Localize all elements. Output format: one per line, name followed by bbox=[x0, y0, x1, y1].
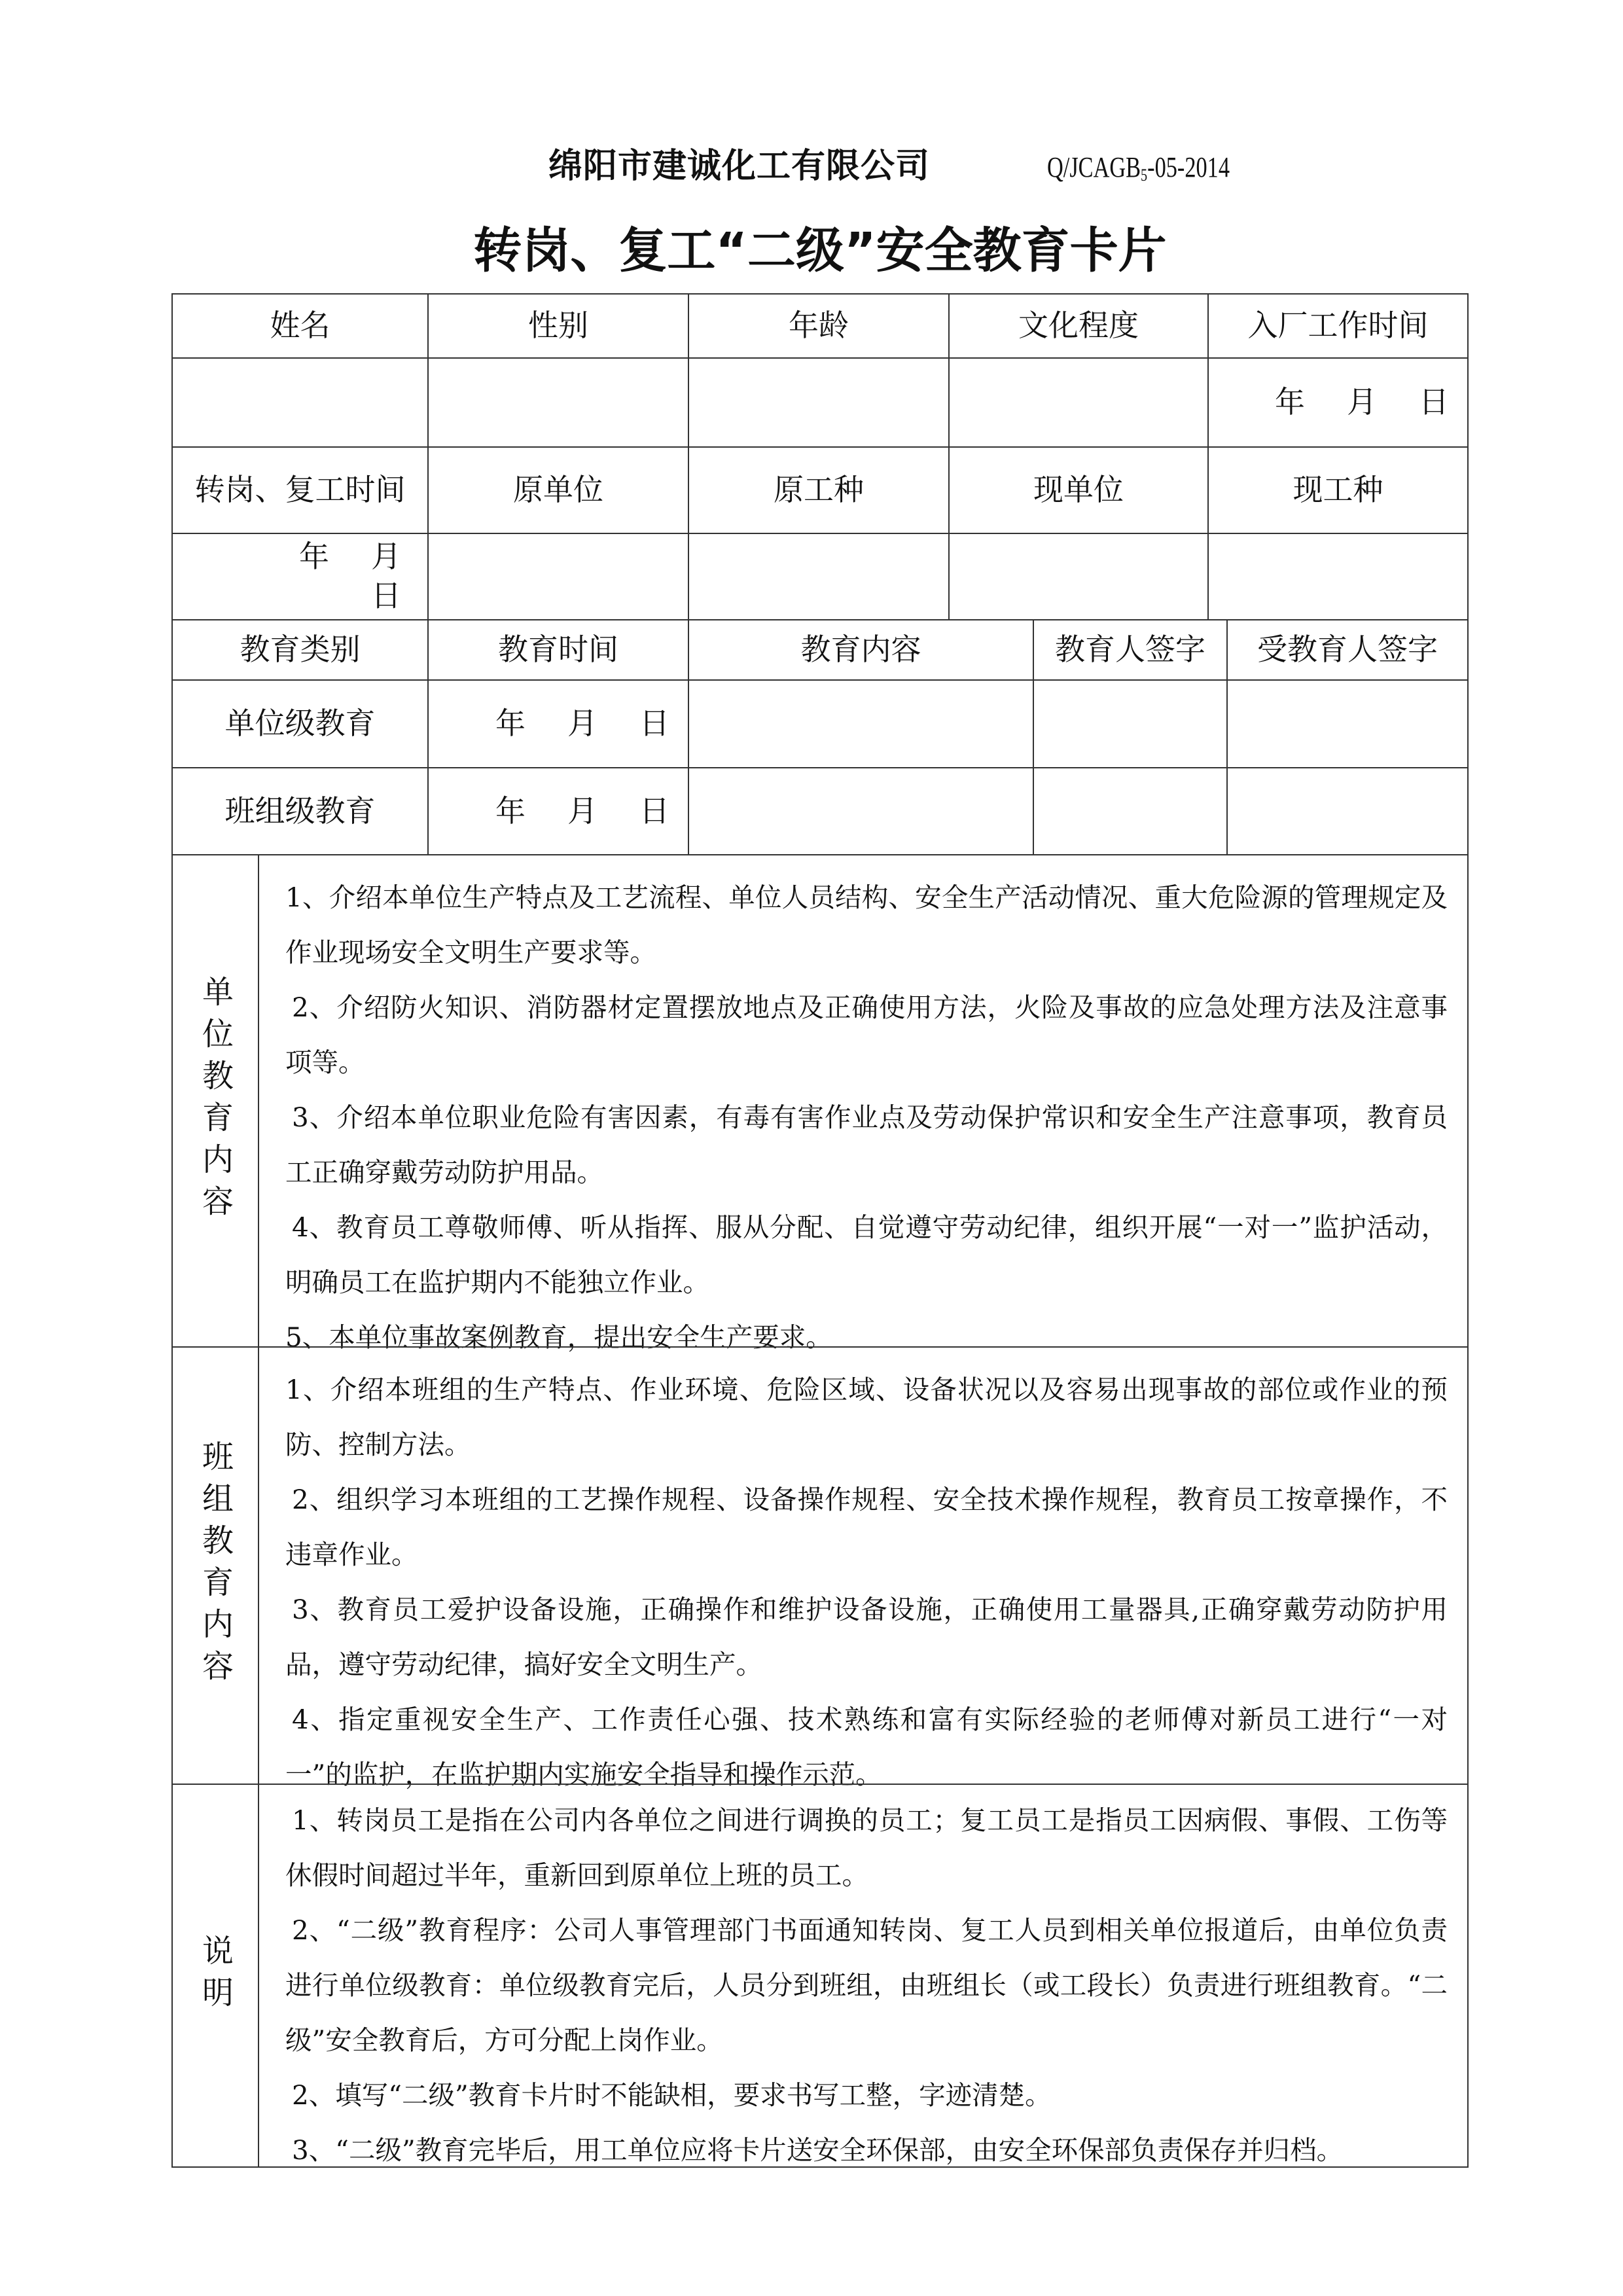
document-code: Q/JCAGB5-05-2014 bbox=[1047, 149, 1230, 186]
education-level-field[interactable] bbox=[948, 357, 1209, 448]
unit-education-content-label: 单位教育内容 bbox=[171, 854, 259, 1348]
company-name: 绵阳市建诚化工有限公司 bbox=[548, 145, 930, 187]
notes-content: 1、转岗员工是指在公司内各单位之间进行调换的员工；复工员工是指员工因病假、事假、… bbox=[258, 1784, 1469, 2168]
join-date-text: 年月日 bbox=[1275, 383, 1449, 422]
unit-content-item-3: 3、介绍本单位职业危险有害因素，有毒有害作业点及劳动保护常识和安全生产注意事项，… bbox=[285, 1090, 1448, 1200]
header-edu-time: 教育时间 bbox=[427, 619, 689, 681]
header-current-job: 现工种 bbox=[1207, 446, 1469, 534]
notes-item-4: 3、“二级”教育完毕后，用工单位应将卡片送安全环保部，由安全环保部负责保存并归档… bbox=[285, 2123, 1448, 2178]
section-label-text: 单位教育内容 bbox=[193, 975, 238, 1227]
team-education-content: 1、介绍本班组的生产特点、作业环境、危险区域、设备状况以及容易出现事故的部位或作… bbox=[258, 1346, 1469, 1785]
doc-code-prefix: Q/JCAGB bbox=[1047, 151, 1141, 183]
header-education-level: 文化程度 bbox=[948, 293, 1209, 359]
team-content-item-2: 2、组织学习本班组的工艺操作规程、设备操作规程、安全技术操作规程，教育员工按章操… bbox=[285, 1472, 1448, 1582]
notes-label: 说明 bbox=[171, 1784, 259, 2168]
transfer-date-field[interactable]: 年月 日 bbox=[171, 533, 429, 620]
day-label: 日 bbox=[639, 704, 669, 744]
unit-content-item-4: 4、教育员工尊敬师傅、听从指挥、服从分配、自觉遵守劳动纪律，组织开展“一对一”监… bbox=[285, 1200, 1448, 1310]
month-label: 月 bbox=[567, 704, 597, 744]
header-current-unit: 现单位 bbox=[948, 446, 1209, 534]
current-unit-field[interactable] bbox=[948, 533, 1209, 620]
team-level-educator-sign-field[interactable] bbox=[1033, 767, 1228, 855]
team-level-date-field[interactable]: 年月日 bbox=[427, 767, 689, 855]
header-original-unit: 原单位 bbox=[427, 446, 689, 534]
day-label: 日 bbox=[1419, 383, 1449, 422]
team-level-content-field[interactable] bbox=[688, 767, 1034, 855]
team-level-trainee-sign-field[interactable] bbox=[1226, 767, 1469, 855]
header-gender: 性别 bbox=[427, 293, 689, 359]
current-job-field[interactable] bbox=[1207, 533, 1469, 620]
year-label: 年 bbox=[1275, 383, 1305, 422]
team-content-item-3: 3、教育员工爱护设备设施，正确操作和维护设备设施，正确使用工量器具,正确穿戴劳动… bbox=[285, 1582, 1448, 1692]
age-field[interactable] bbox=[688, 357, 950, 448]
header-educator-signature: 教育人签字 bbox=[1033, 619, 1228, 681]
team-level-date-text: 年月日 bbox=[495, 792, 669, 831]
header-join-date: 入厂工作时间 bbox=[1207, 293, 1469, 359]
month-label: 月 bbox=[567, 792, 597, 831]
original-job-field[interactable] bbox=[688, 533, 950, 620]
year-label: 年 bbox=[495, 704, 526, 744]
unit-level-content-field[interactable] bbox=[688, 679, 1034, 768]
page-title: 转岗、复工“二级”安全教育卡片 bbox=[171, 221, 1469, 280]
notes-item-3: 2、填写“二级”教育卡片时不能缺相，要求书写工整，字迹清楚。 bbox=[285, 2068, 1448, 2123]
unit-content-item-1: 1、介绍本单位生产特点及工艺流程、单位人员结构、安全生产活动情况、重大危险源的管… bbox=[285, 870, 1448, 980]
month-label: 月 bbox=[1347, 383, 1377, 422]
name-field[interactable] bbox=[171, 357, 429, 448]
unit-content-item-2: 2、介绍防火知识、消防器材定置摆放地点及正确使用方法，火险及事故的应急处理方法及… bbox=[285, 980, 1448, 1090]
join-date-field[interactable]: 年月日 bbox=[1207, 357, 1469, 448]
notes-item-2: 2、“二级”教育程序：公司人事管理部门书面通知转岗、复工人员到相关单位报道后，由… bbox=[285, 1903, 1448, 2068]
unit-level-trainee-sign-field[interactable] bbox=[1226, 679, 1469, 768]
team-level-label: 班组级教育 bbox=[171, 767, 429, 855]
unit-level-date-field[interactable]: 年月日 bbox=[427, 679, 689, 768]
unit-level-date-text: 年月日 bbox=[495, 704, 669, 744]
day-label: 日 bbox=[639, 792, 669, 831]
doc-code-subscript: 5 bbox=[1141, 166, 1147, 185]
unit-level-educator-sign-field[interactable] bbox=[1033, 679, 1228, 768]
year-label: 年 bbox=[495, 792, 526, 831]
day-label: 日 bbox=[371, 578, 401, 613]
header-edu-category: 教育类别 bbox=[171, 619, 429, 681]
original-unit-field[interactable] bbox=[427, 533, 689, 620]
header-edu-content: 教育内容 bbox=[688, 619, 1034, 681]
month-label: 月 bbox=[371, 539, 401, 574]
notes-item-1: 1、转岗员工是指在公司内各单位之间进行调换的员工；复工员工是指员工因病假、事假、… bbox=[285, 1793, 1448, 1903]
header-original-job: 原工种 bbox=[688, 446, 950, 534]
section-label-text: 说明 bbox=[193, 1934, 238, 2018]
team-education-content-label: 班组教育内容 bbox=[171, 1346, 259, 1785]
transfer-date-text: 年月 日 bbox=[299, 537, 427, 616]
year-label: 年 bbox=[299, 539, 329, 574]
unit-education-content: 1、介绍本单位生产特点及工艺流程、单位人员结构、安全生产活动情况、重大危险源的管… bbox=[258, 854, 1469, 1348]
header-transfer-date: 转岗、复工时间 bbox=[171, 446, 429, 534]
doc-code-suffix: -05-2014 bbox=[1147, 151, 1230, 183]
header-trainee-signature: 受教育人签字 bbox=[1226, 619, 1469, 681]
gender-field[interactable] bbox=[427, 357, 689, 448]
unit-level-label: 单位级教育 bbox=[171, 679, 429, 768]
team-content-item-1: 1、介绍本班组的生产特点、作业环境、危险区域、设备状况以及容易出现事故的部位或作… bbox=[285, 1362, 1448, 1472]
section-label-text: 班组教育内容 bbox=[193, 1440, 238, 1691]
header-age: 年龄 bbox=[688, 293, 950, 359]
header-name: 姓名 bbox=[171, 293, 429, 359]
